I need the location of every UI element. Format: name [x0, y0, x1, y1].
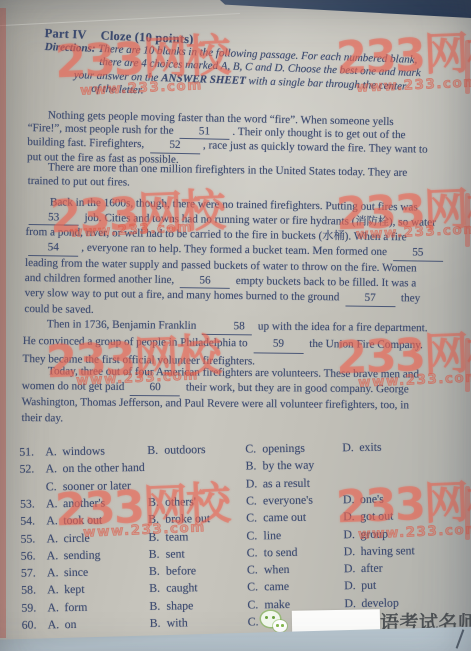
option-letter: D.: [344, 578, 361, 593]
question-number: 60.: [22, 617, 37, 632]
answer-option: A.since: [47, 565, 88, 581]
option-letter: A.: [46, 531, 63, 546]
option-text: others': [165, 494, 196, 508]
option-text: outdoors: [164, 442, 205, 457]
directions: Directions: There are 10 blanks in the f…: [43, 41, 421, 108]
answer-option: C.openings: [245, 441, 305, 457]
answer-option: A.circle: [46, 530, 89, 546]
passage-text: job. Cities and towns had no running wat…: [82, 211, 436, 228]
option-text: having sent: [361, 543, 415, 558]
answer-option: D.got out: [343, 509, 393, 525]
paragraph: There are more than one million firefigh…: [28, 161, 408, 195]
option-letter: B.: [245, 459, 262, 474]
option-text: form: [64, 599, 87, 613]
option-letter: C.: [247, 580, 264, 595]
answer-option: A.kept: [47, 582, 85, 598]
watermark-left-strip: [0, 8, 6, 638]
answer-option: A.sending: [47, 547, 101, 563]
answer-option: A.form: [47, 599, 87, 615]
option-text: since: [64, 565, 88, 579]
answer-option: B.caught: [149, 581, 198, 597]
answer-option: C.sooner or later: [46, 478, 131, 494]
exam-paper-photo: Part IVCloze (10 points) Directions: The…: [0, 0, 471, 651]
option-letter: D.: [344, 544, 361, 559]
question-number: 59.: [21, 600, 36, 615]
option-letter: D.: [342, 440, 359, 455]
option-letter: A.: [46, 513, 63, 528]
cloze-blank: 59: [253, 336, 303, 354]
option-text: team: [165, 529, 188, 543]
option-letter: A.: [47, 600, 64, 615]
paragraph: Back in the 1600s, though, there were no…: [24, 195, 446, 322]
passage-text: . Their only thought is to get out of th…: [232, 126, 405, 141]
answer-option: D.put: [344, 578, 376, 593]
answer-option: D.as a result: [246, 475, 310, 491]
underlying-sheet-edge: [0, 0, 240, 26]
wechat-bubble-small: [273, 620, 287, 632]
option-text: with: [167, 615, 188, 629]
passage-text: Today, three out of four American firefi…: [48, 365, 419, 380]
option-text: took out: [63, 513, 102, 528]
part-label: Part IV: [44, 26, 87, 42]
answer-option: B.sent: [149, 546, 185, 562]
passage-text: the Union Fire Company.: [306, 338, 423, 351]
question-number: 54.: [20, 514, 35, 529]
option-text: on: [65, 617, 77, 631]
option-letter: A.: [48, 617, 65, 632]
passage-text: their work, but they are in good company…: [183, 382, 409, 396]
option-text: shape: [166, 598, 193, 612]
answer-option: B.team: [148, 529, 188, 545]
option-letter: D.: [343, 526, 360, 541]
desk-background-top: [220, 0, 471, 18]
cloze-blank: 57: [345, 291, 395, 307]
option-text: circle: [63, 530, 89, 544]
passage-text: Then in 1736, Benjamin Franklin: [47, 318, 199, 332]
option-text: one's: [360, 492, 384, 506]
passage-text: up with the idea for a fire department.: [255, 320, 428, 334]
option-letter: B.: [149, 546, 166, 561]
question-number: 51.: [19, 445, 34, 460]
option-letter: C.: [246, 493, 263, 508]
answer-option: B.broke out: [148, 511, 210, 527]
passage-text: their day.: [21, 412, 63, 424]
option-letter: B.: [149, 581, 166, 596]
option-text: by the way: [262, 458, 314, 473]
option-letter: D.: [344, 561, 361, 576]
option-text: broke out: [165, 511, 210, 526]
passage-text: , everyone ran to help. They formed a bu…: [81, 242, 390, 258]
watermark-edge-strip: [465, 40, 470, 94]
answer-option: A.on the other hand: [45, 460, 144, 476]
option-letter: C.: [245, 441, 262, 456]
answer-option: A.took out: [46, 513, 102, 529]
answer-option: C.came: [247, 579, 289, 595]
passage-text: could be saved.: [24, 303, 93, 316]
cloze-blank: 56: [180, 273, 230, 289]
option-text: sooner or later: [63, 478, 131, 493]
option-letter: D.: [343, 509, 360, 524]
question-number: 53.: [20, 496, 35, 511]
answer-option: B.by the way: [245, 458, 314, 474]
passage-text: “Fire!”, most people rush for the: [28, 122, 177, 137]
cloze-blank: 51: [179, 125, 229, 140]
answer-option: A.another's: [46, 495, 105, 511]
option-letter: A.: [47, 565, 64, 580]
answer-option: C.line: [246, 528, 281, 543]
option-letter: A.: [45, 461, 62, 476]
cloze-blank: 53: [29, 210, 79, 226]
answer-option: C.came out: [246, 510, 306, 526]
option-letter: C.: [247, 545, 264, 560]
directions-text: your answer on the: [74, 69, 162, 84]
option-text: when: [264, 562, 290, 576]
passage-text: He convinced a group of people in Philad…: [23, 335, 251, 349]
cloze-blank: 52: [150, 139, 200, 154]
question-number: 55.: [20, 531, 35, 546]
option-text: another's: [63, 495, 105, 510]
option-letter: A.: [47, 548, 64, 563]
directions-emphasis: Directions:: [45, 41, 96, 55]
option-letter: B.: [148, 495, 165, 510]
passage-text: empty buckets back to be filled. It was …: [233, 274, 416, 289]
paragraph: Then in 1736, Benjamin Franklin 58 up wi…: [22, 316, 427, 371]
answer-option: D.one's: [343, 492, 384, 508]
answer-option: D.having sent: [344, 543, 415, 559]
question-number: 58.: [21, 583, 36, 598]
directions-emphasis: ANSWER SHEET: [161, 72, 246, 87]
option-text: as a result: [263, 475, 310, 490]
option-text: sending: [64, 547, 101, 562]
answer-option: C.when: [247, 562, 290, 578]
option-text: windows: [62, 444, 105, 459]
option-text: caught: [166, 581, 198, 595]
option-letter: C.: [46, 479, 63, 494]
paragraph: Today, three out of four American firefi…: [21, 364, 419, 429]
question-number: 56.: [21, 548, 36, 563]
passage-text: Washington, Thomas Jefferson, and Paul R…: [22, 396, 409, 411]
question-number: 52.: [19, 462, 34, 477]
option-letter: C.: [247, 562, 264, 577]
answer-option: C.everyone's: [246, 493, 313, 509]
directions-text: of the letter.: [91, 83, 144, 97]
option-text: put: [361, 578, 376, 592]
passage-text: they: [398, 292, 420, 304]
option-text: to send: [264, 545, 298, 559]
option-letter: C.: [246, 511, 263, 526]
passage-text: building fast. Firefighters,: [27, 136, 147, 150]
option-text: line: [263, 528, 281, 542]
answer-option: A.on: [48, 617, 77, 632]
option-text: openings: [262, 441, 305, 456]
option-letter: A.: [45, 444, 62, 459]
option-text: came out: [263, 510, 306, 525]
option-letter: B.: [149, 598, 166, 613]
option-text: on the other hand: [62, 460, 144, 475]
option-letter: B.: [148, 512, 165, 527]
option-letter: B.: [148, 529, 165, 544]
option-letter: B.: [147, 443, 164, 458]
cloze-blank: 58: [202, 318, 252, 336]
answer-option: C.to send: [247, 545, 298, 561]
cloze-blank: 60: [130, 380, 180, 397]
option-text: after: [361, 561, 383, 575]
option-letter: B.: [149, 564, 166, 579]
option-text: kept: [64, 582, 85, 596]
option-letter: B.: [150, 616, 167, 631]
answer-option: B.shape: [149, 598, 193, 614]
option-letter: D.: [343, 492, 360, 507]
passage-text: very slow way to put out a fire, and man…: [25, 287, 343, 303]
passage-text: and children formed another line,: [25, 272, 177, 286]
passage-text: trained to put out fires.: [28, 175, 130, 189]
option-letter: C.: [246, 528, 263, 543]
option-letter: D.: [246, 476, 263, 491]
option-text: got out: [360, 509, 393, 523]
watermark-edge-strip: [465, 338, 470, 392]
answer-option: D.exits: [342, 440, 381, 456]
answer-option: B.outdoors: [147, 442, 206, 458]
watermark-edge-strip: [465, 193, 470, 247]
option-text: everyone's: [263, 493, 313, 508]
option-letter: A.: [47, 582, 64, 597]
cloze-blank: 54: [28, 240, 78, 256]
option-text: sent: [166, 546, 185, 560]
header-gap: [87, 39, 101, 40]
option-text: group: [360, 526, 388, 540]
answer-option: A.windows: [45, 444, 105, 460]
passage-text: , race just as quickly toward the fire. …: [203, 140, 428, 156]
option-text: came: [264, 579, 289, 593]
answer-option: B.others': [148, 494, 196, 510]
answer-option: D.group: [343, 526, 388, 542]
question-number: 57.: [21, 566, 36, 581]
option-text: exits: [359, 440, 381, 454]
answer-option: B.with: [150, 615, 188, 631]
answer-option: B.before: [149, 563, 196, 579]
cloze-blank: 55: [393, 245, 443, 261]
answer-option: D.after: [344, 561, 383, 577]
option-letter: A.: [46, 496, 63, 511]
option-text: before: [166, 563, 196, 577]
passage-text: women do not get paid: [22, 380, 127, 393]
